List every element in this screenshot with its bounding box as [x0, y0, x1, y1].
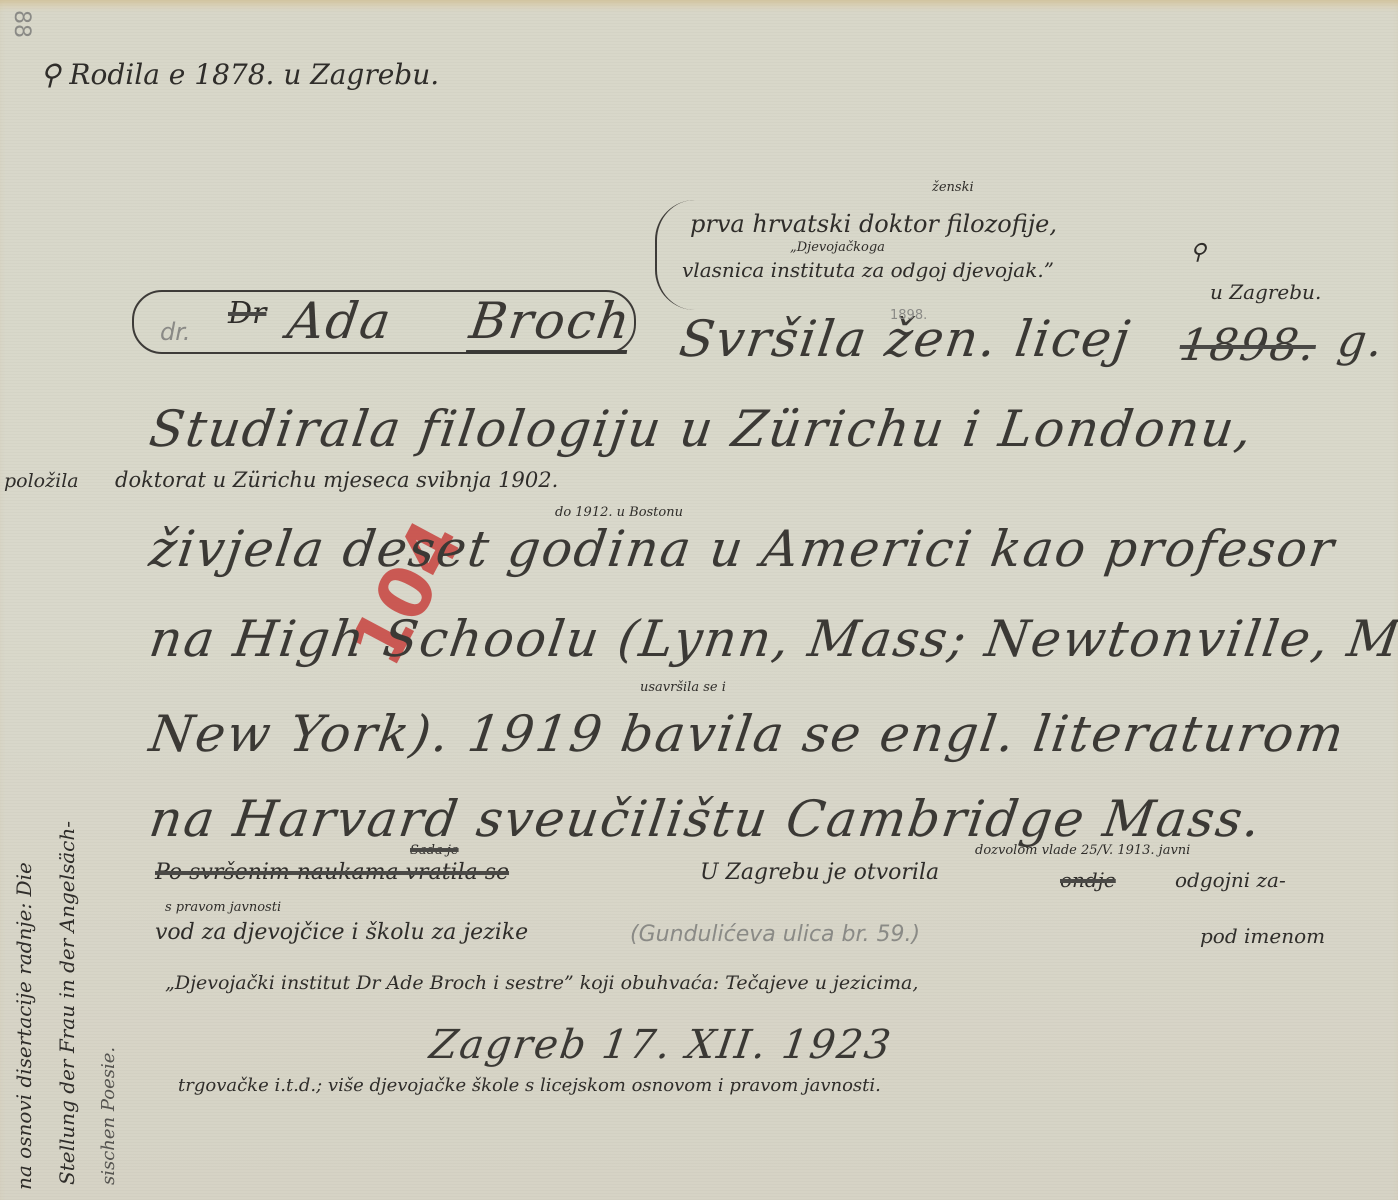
place-symbol-icon: ⚲ [1190, 240, 1206, 265]
birth-symbol-icon: ⚲ [40, 58, 61, 91]
birth-note-text: Rodila e 1878. u Zagrebu. [69, 58, 439, 91]
insert-dozvolom: dozvolom vlade 25/V. 1913. javni [975, 843, 1190, 858]
side-note-line-2: Stellung der Frau in der Angelsäch- [55, 821, 79, 1185]
side-note-line-3: sischen Poesie. [98, 1047, 119, 1185]
insert-s-pravom: s pravom javnosti [165, 900, 281, 915]
header-note: ⚲ Rodila e 1878. u Zagrebu. [40, 58, 439, 91]
date-signature: Zagreb 17. XII. 1923 [427, 1022, 895, 1068]
bracket-place: u Zagrebu. [1210, 280, 1321, 304]
insert-zenski: ženski [932, 180, 974, 195]
document-card: 88 ⚲ Rodila e 1878. u Zagrebu. 104 žensk… [0, 0, 1398, 1200]
body-line-4: na High Schoolu (Lynn, Mass; Newtonville… [146, 610, 1398, 668]
side-note-line-1: na osnovi disertacije radnje: Die [12, 862, 36, 1190]
archive-number: 88 [9, 10, 34, 38]
year-suffix: g. [1334, 316, 1387, 367]
bracket-line-1: prva hrvatski doktor filozofije, [690, 210, 1057, 238]
insert-sada-je-crossed: Sada je [410, 843, 459, 858]
year-pencil: 1898. [890, 308, 927, 323]
body-line-5: New York). 1919 bavila se engl. literatu… [146, 705, 1349, 763]
lower-line-1-crossed-2: ondje [1060, 868, 1116, 892]
insert-djevojackoga: „Djevojačkoga [790, 240, 885, 255]
insert-boston: do 1912. u Bostonu [555, 505, 683, 520]
body-line-3: živjela deset godina u Americi kao profe… [146, 520, 1339, 578]
lower-line-1-end: odgojni za- [1175, 868, 1286, 892]
name-prefix-pencil: dr. [160, 318, 191, 346]
name-prefix-crossed: Dr [228, 296, 266, 331]
lower-line-3: „Djevojački institut Dr Ade Broch i sest… [165, 972, 918, 994]
first-name: Ada [284, 292, 396, 350]
body-line-6: na Harvard sveučilištu Cambridge Mass. [146, 790, 1266, 848]
insert-usavrsila: usavršila se i [640, 680, 726, 695]
body-line-2: doktorat u Zürichu mjeseca svibnja 1902. [115, 468, 558, 492]
bracket-line-2: vlasnica instituta za odgoj djevojak.” [682, 258, 1054, 282]
margin-polozila: položila [4, 470, 79, 492]
lower-line-4: trgovačke i.t.d.; više djevojačke škole … [178, 1075, 881, 1096]
lower-line-1: U Zagrebu je otvorila [700, 860, 939, 885]
lower-line-2: vod za djevojčice i školu za jezike [155, 920, 528, 945]
body-line-1: Studirala filologiju u Zürichu i Londonu… [146, 400, 1257, 458]
lower-line-2-end: pod imenom [1200, 924, 1325, 948]
lower-line-1-crossed: Po svršenim naukama vratila se [155, 860, 509, 885]
surname: Broch [466, 292, 636, 354]
lower-line-2-pencil: (Gundulićeva ulica br. 59.) [630, 922, 920, 947]
year-crossed: 1898. [1176, 320, 1319, 371]
